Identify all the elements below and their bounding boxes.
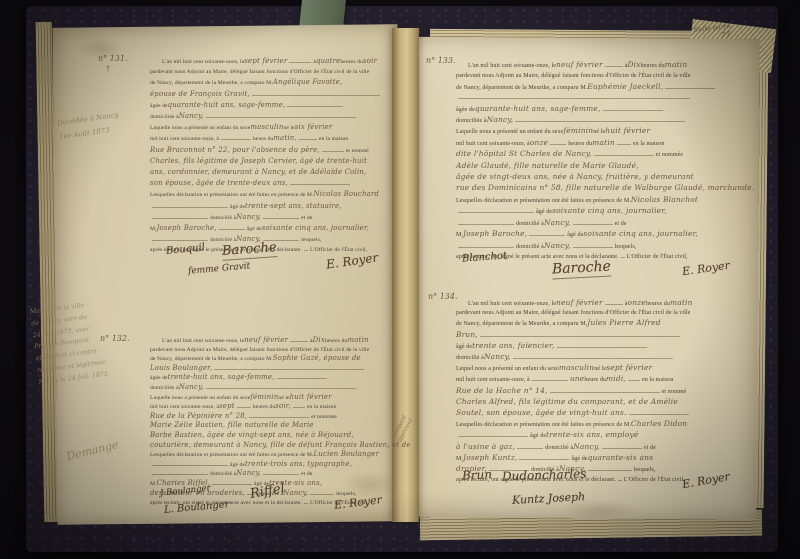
act-number: n° 131. — [98, 54, 128, 63]
photo-of-register: n° 131. † L'an mil huit cent soixante-on… — [0, 0, 800, 559]
birth-act-132: n° 132. L'an mil huit cent soixante-onze… — [150, 336, 396, 508]
margin-note: Mariée en la villede Nancy, acte du24 ma… — [29, 298, 110, 389]
signature: Riffel — [249, 481, 286, 502]
signature: Bouquil — [166, 242, 206, 257]
birth-act-131: n° 131. † L'an mil huit cent soixante-on… — [150, 56, 396, 256]
signatures-block: BouquilBarochefemme GravitE. Royer — [150, 56, 396, 256]
signatures-block: BlanchotBarocheE. Royer — [456, 60, 748, 262]
deceased-cross-mark: † — [106, 64, 110, 73]
folio-number: 77 — [720, 30, 732, 40]
birth-act-133: n° 133. L'an mil huit cent soixante-onze… — [456, 60, 748, 262]
act-number: n° 133. — [426, 56, 456, 65]
birth-act-134: n° 134. L'an mil huit cent soixante-onze… — [456, 298, 748, 485]
signature: Dudoncharles — [502, 467, 587, 484]
signature: Baroche — [552, 258, 612, 279]
signatures-block: BrunDudoncharlesKuntz JosephE. Royer — [456, 298, 748, 485]
act-number: n° 134. — [428, 292, 458, 301]
signature: J Boulanger — [160, 483, 212, 498]
signatures-block: J BoulangerRiffelL. BoulangerE. Royer — [150, 336, 396, 508]
signature: Brun — [462, 467, 493, 483]
